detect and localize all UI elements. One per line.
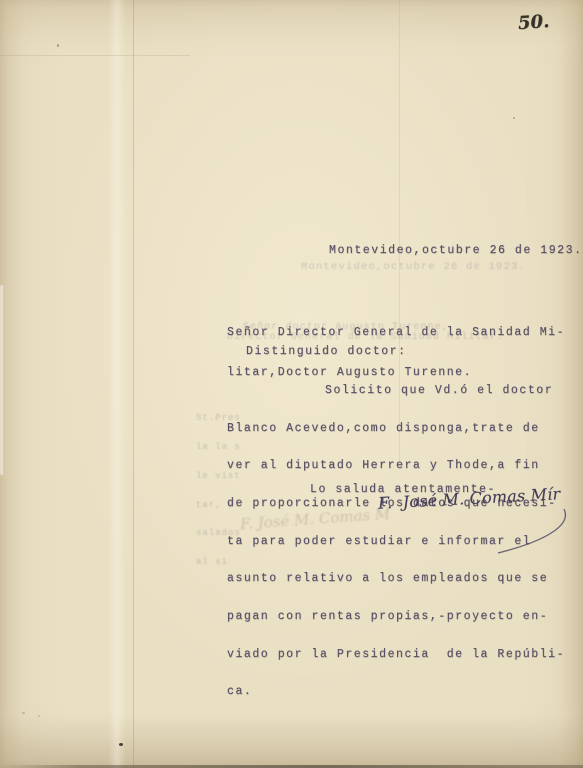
handwritten-page-number: 50.	[517, 11, 550, 34]
body-line: pagan con rentas propias,-proyecto en-	[227, 611, 565, 624]
vertical-fold-crease	[108, 0, 126, 768]
date-line: Montevideo,octubre 26 de 1923.	[329, 245, 583, 258]
body-line: ca.	[227, 686, 565, 699]
paper-speck	[22, 712, 25, 714]
paper-speck	[38, 715, 40, 717]
body-line: ver al diputado Herrera y Thode,a fin	[227, 460, 565, 473]
horizontal-crease	[0, 55, 190, 56]
body-line: viado por la Presidencia de la Repúbli-	[227, 649, 565, 662]
ink-speck	[119, 743, 123, 746]
paper-speck	[513, 117, 515, 119]
body-line: Solicito que Vd.ó el doctor	[227, 385, 565, 398]
scanned-letter-page: 50. Montevideo,octubre 26 de 1923. Señor…	[0, 0, 583, 768]
addressee-line-1: Señor Director General de la Sanidad Mi-	[227, 326, 565, 339]
vertical-fold-line	[133, 0, 134, 768]
salutation: Distinguido doctor:	[246, 346, 407, 359]
body-line: Blanco Acevedo,como disponga,trate de	[227, 423, 565, 436]
body-line: asunto relativo a los empleados que se	[227, 573, 565, 586]
paper-edge-highlight	[0, 285, 3, 475]
paper-speck	[57, 44, 59, 47]
ghost-date-line: Montevideo,octubre 26 de 1923.	[301, 261, 526, 274]
signature-flourish	[468, 503, 578, 558]
